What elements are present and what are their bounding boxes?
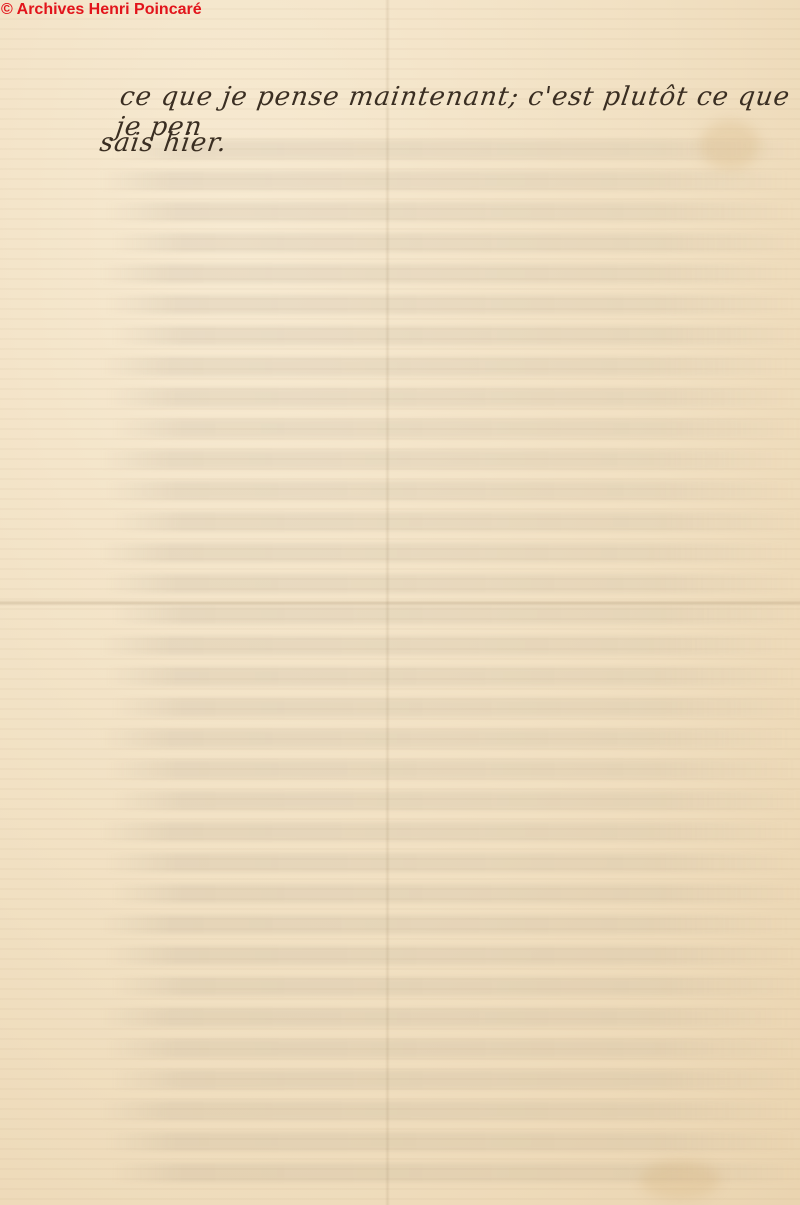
bleed-line (106, 1132, 796, 1151)
bleed-line (100, 543, 790, 562)
archive-watermark: © Archives Henri Poincaré (1, 1, 202, 19)
bleed-line (100, 450, 790, 469)
bleed-line (100, 1008, 790, 1027)
bleed-line (112, 233, 800, 252)
bleed-line (100, 822, 790, 841)
bleed-line (106, 946, 796, 965)
bleed-line (106, 202, 796, 221)
bleed-line (106, 853, 796, 872)
bleed-line (106, 667, 796, 686)
bleed-line (106, 388, 796, 407)
bleed-line (112, 884, 800, 903)
bleed-line (112, 698, 800, 717)
bleed-line (112, 605, 800, 624)
bleed-line (100, 357, 790, 376)
bleed-line (100, 264, 790, 283)
bleed-line (112, 791, 800, 810)
bleed-line (100, 1101, 790, 1120)
bleed-line (112, 1070, 800, 1089)
bleed-line (100, 636, 790, 655)
bleed-line (106, 1039, 796, 1058)
bleed-line (112, 419, 800, 438)
bleed-line (112, 326, 800, 345)
bleed-line (106, 295, 796, 314)
bleed-line (100, 171, 790, 190)
bleed-line (106, 481, 796, 500)
bleed-line (112, 512, 800, 531)
bleed-line (106, 574, 796, 593)
bleed-line (100, 729, 790, 748)
handwritten-line-2: sais hier. (98, 128, 229, 158)
bleed-line (106, 760, 796, 779)
bleed-line (100, 915, 790, 934)
stain (640, 1160, 720, 1200)
bleed-line (112, 977, 800, 996)
